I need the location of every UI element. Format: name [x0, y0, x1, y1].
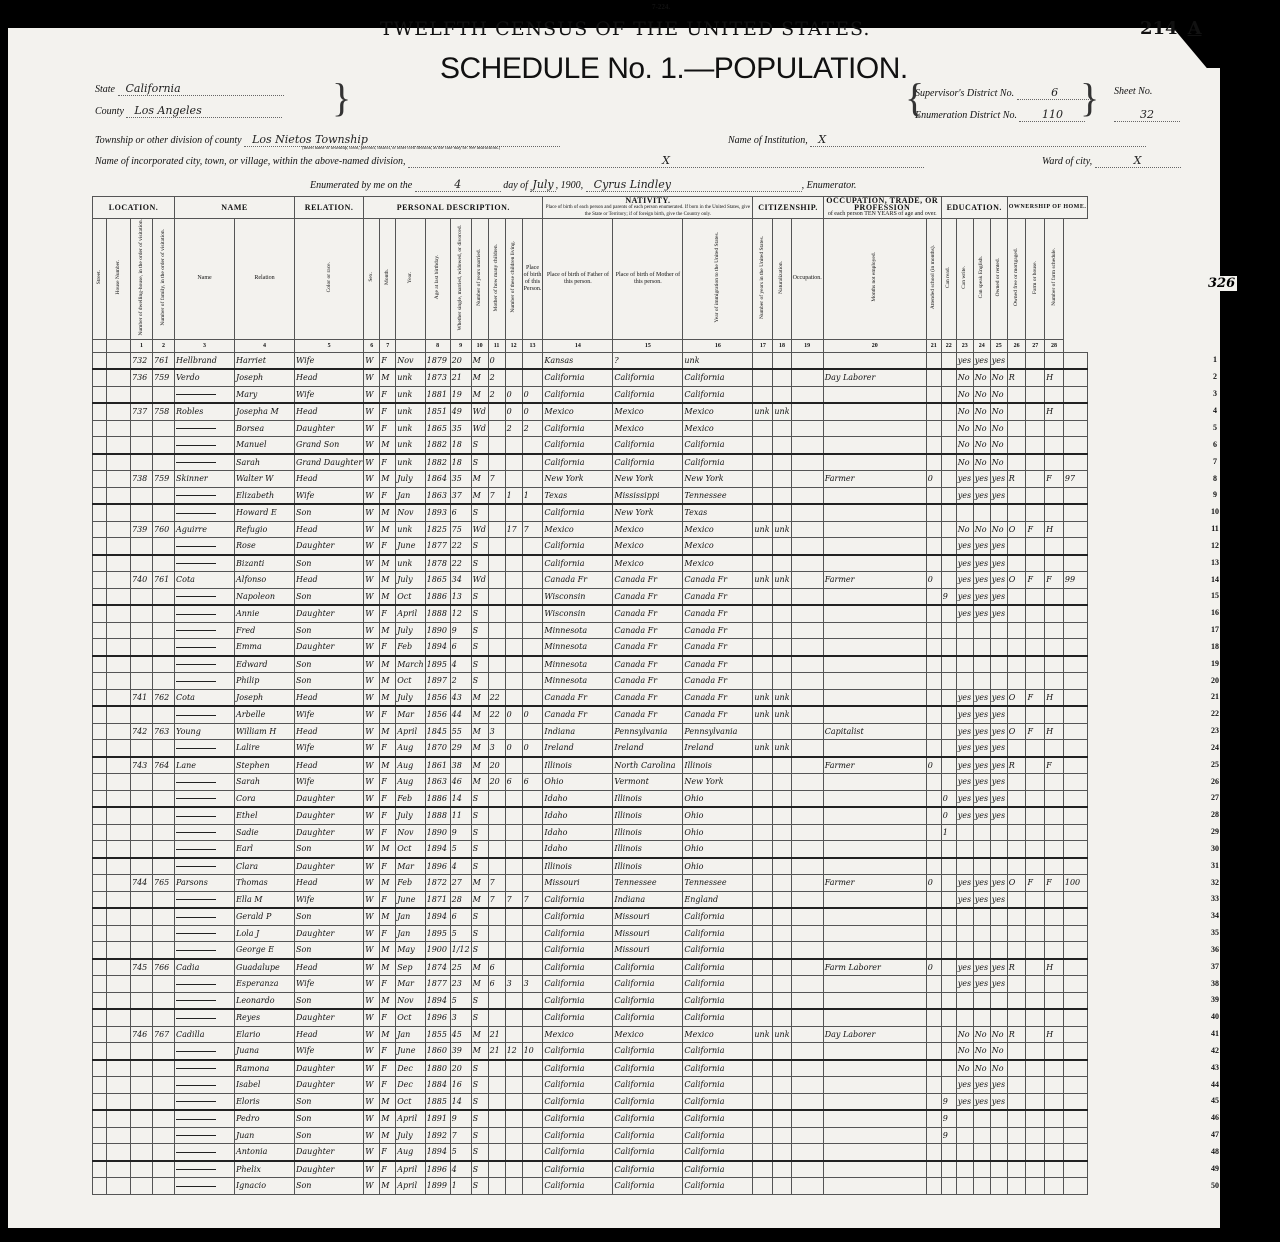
- cell-age: 4: [450, 858, 471, 875]
- cell-dw: [131, 1161, 153, 1178]
- cell-month: Aug: [396, 774, 425, 791]
- cell-fs: [1063, 352, 1087, 369]
- enumerated-year: , 1900,: [556, 180, 584, 191]
- cell-read: yes: [956, 959, 973, 976]
- cell-farm: [1045, 352, 1064, 369]
- cell-cl: [522, 757, 543, 774]
- cell-given: Bizanti: [235, 555, 295, 572]
- table-row: IsabelDaughterWFDec188416SCaliforniaCali…: [93, 1077, 1088, 1094]
- cell-race: W: [364, 689, 380, 706]
- cell-fs: [1063, 656, 1087, 673]
- cell-sex: M: [380, 521, 396, 538]
- cell-dw: 732: [131, 352, 153, 369]
- cell-empty: [107, 521, 131, 538]
- line-number: 9: [1208, 490, 1222, 499]
- cell-own: [1007, 622, 1026, 639]
- cell-given: Juan: [235, 1127, 295, 1144]
- cell-ms: Wd: [471, 420, 488, 437]
- cell-own: O: [1007, 875, 1026, 892]
- cell-given: Thomas: [235, 875, 295, 892]
- cell-cl: [522, 538, 543, 555]
- cell-cl: [522, 908, 543, 925]
- cell-free: [1026, 555, 1045, 572]
- line-number: 46: [1208, 1113, 1222, 1122]
- cell-write: [973, 639, 990, 656]
- cell-pob: California: [543, 1077, 613, 1094]
- cell-fs: [1063, 858, 1087, 875]
- cell-age: 5: [450, 992, 471, 1009]
- township-note: [Insert name of township, town, precinct…: [302, 145, 500, 150]
- cell-age: 18: [450, 437, 471, 454]
- cell-sch: [941, 487, 956, 504]
- cell-free: [1026, 656, 1045, 673]
- cell-given: Elario: [235, 1026, 295, 1043]
- cell-own: [1007, 605, 1026, 622]
- cell-read: [956, 639, 973, 656]
- cell-free: F: [1026, 689, 1045, 706]
- cell-rel: Wife: [295, 740, 364, 757]
- cell-nat: [791, 605, 823, 622]
- cell-fam: [153, 487, 175, 504]
- cell-fpob: Illinois: [613, 807, 683, 824]
- cell-fpob: California: [613, 1093, 683, 1110]
- cell-own: [1007, 420, 1026, 437]
- cell-nat: [791, 1144, 823, 1161]
- cell-month: Mar: [396, 706, 425, 723]
- cell-pob: Minnesota: [543, 673, 613, 690]
- cell-cl: [522, 1077, 543, 1094]
- cell-cl: [522, 942, 543, 959]
- cell-ym: [488, 622, 505, 639]
- cell-surname: Cadilla: [175, 1026, 235, 1043]
- cell-year: 1895: [425, 925, 450, 942]
- cell-rel: Head: [295, 689, 364, 706]
- cell-ms: S: [471, 1110, 488, 1127]
- cell-mc: 0: [505, 706, 522, 723]
- cell-occ: [823, 673, 926, 690]
- cell-fs: [1063, 420, 1087, 437]
- cell-free: [1026, 1161, 1045, 1178]
- cell-mne: 0: [926, 959, 941, 976]
- cell-free: [1026, 824, 1045, 841]
- cell-occ: [823, 1110, 926, 1127]
- cell-age: 20: [450, 1060, 471, 1077]
- column-number: 28: [1045, 339, 1064, 352]
- cell-ym: [488, 1077, 505, 1094]
- table-row: PedroSonWMApril18919SCaliforniaCaliforni…: [93, 1110, 1088, 1127]
- cell-empty: [93, 403, 107, 420]
- cell-month: April: [396, 723, 425, 740]
- column-label: Mother of how many children.: [493, 244, 500, 311]
- cell-free: [1026, 1043, 1045, 1060]
- cell-given: Isabel: [235, 1077, 295, 1094]
- column-header: House Number.: [107, 219, 131, 340]
- cell-race: W: [364, 757, 380, 774]
- cell-free: [1026, 1026, 1045, 1043]
- cell-read: [956, 908, 973, 925]
- cell-surname-ditto: [175, 992, 235, 1009]
- cell-month: July: [396, 689, 425, 706]
- cell-sch: [941, 992, 956, 1009]
- cell-cl: [522, 841, 543, 858]
- column-number: 8: [425, 339, 450, 352]
- cell-dw: [131, 925, 153, 942]
- cell-ms: S: [471, 925, 488, 942]
- cell-fam: [153, 588, 175, 605]
- cell-ym: [488, 437, 505, 454]
- cell-mpob: California: [683, 976, 753, 993]
- cell-yus: unk: [773, 572, 791, 589]
- cell-surname-ditto: [175, 555, 235, 572]
- cell-month: Feb: [396, 790, 425, 807]
- cell-free: [1026, 420, 1045, 437]
- cell-fam: 762: [153, 689, 175, 706]
- cell-sch: [941, 757, 956, 774]
- cell-fam: [153, 1043, 175, 1060]
- cell-mne: [926, 841, 941, 858]
- cell-mpob: Pennsylvania: [683, 723, 753, 740]
- table-row: IgnacioSonWMApril18991SCaliforniaCalifor…: [93, 1178, 1088, 1195]
- cell-given: George E: [235, 942, 295, 959]
- line-number: 10: [1208, 507, 1222, 516]
- cell-sch: [941, 942, 956, 959]
- cell-sch: [941, 1009, 956, 1026]
- cell-write: yes: [973, 790, 990, 807]
- cell-yus: [773, 723, 791, 740]
- cell-mne: 0: [926, 875, 941, 892]
- column-header: Month.: [380, 219, 396, 340]
- table-row: ElorisSonWMOct188514SCaliforniaCaliforni…: [93, 1093, 1088, 1110]
- cell-mc: [505, 1127, 522, 1144]
- cell-nat: [791, 774, 823, 791]
- line-number: 15: [1208, 591, 1222, 600]
- cell-eng: yes: [990, 976, 1007, 993]
- cell-mne: [926, 774, 941, 791]
- column-number: 24: [973, 339, 990, 352]
- cell-sch: [941, 555, 956, 572]
- table-row: 736759VerdoJosephHeadWMunk187321M2Califo…: [93, 369, 1088, 386]
- city-field: Name of incorporated city, town, or vill…: [95, 154, 924, 168]
- cell-age: 16: [450, 1077, 471, 1094]
- cell-dw: [131, 622, 153, 639]
- cell-pob: California: [543, 891, 613, 908]
- cell-rel: Head: [295, 757, 364, 774]
- column-header: Whether single, married, widowed, or div…: [450, 219, 471, 340]
- cell-farm: [1045, 504, 1064, 521]
- cell-empty: [107, 891, 131, 908]
- cell-year: 1865: [425, 420, 450, 437]
- cell-month: unk: [396, 454, 425, 471]
- cell-write: yes: [973, 976, 990, 993]
- cell-age: 7: [450, 1127, 471, 1144]
- cell-given: Esperanza: [235, 976, 295, 993]
- cell-ym: [488, 605, 505, 622]
- cell-own: [1007, 774, 1026, 791]
- cell-nat: [791, 504, 823, 521]
- cell-yus: unk: [773, 706, 791, 723]
- cell-cl: [522, 471, 543, 488]
- cell-imm: [753, 908, 773, 925]
- cell-occ: [823, 487, 926, 504]
- cell-fs: [1063, 790, 1087, 807]
- cell-empty: [93, 908, 107, 925]
- line-number: 17: [1208, 625, 1222, 634]
- cell-age: 21: [450, 369, 471, 386]
- cell-mc: [505, 555, 522, 572]
- cell-free: [1026, 471, 1045, 488]
- cell-mpob: New York: [683, 774, 753, 791]
- cell-given: Edward: [235, 656, 295, 673]
- page-number: 214A: [1140, 18, 1202, 39]
- cell-imm: [753, 774, 773, 791]
- cell-imm: [753, 807, 773, 824]
- cell-eng: No: [990, 437, 1007, 454]
- column-header: Name: [175, 219, 235, 340]
- cell-imm: [753, 1009, 773, 1026]
- cell-imm: unk: [753, 706, 773, 723]
- cell-race: W: [364, 538, 380, 555]
- cell-fpob: Pennsylvania: [613, 723, 683, 740]
- cell-cl: [522, 555, 543, 572]
- cell-mc: [505, 959, 522, 976]
- cell-fs: [1063, 992, 1087, 1009]
- cell-race: W: [364, 1127, 380, 1144]
- cell-pob: California: [543, 1060, 613, 1077]
- sheet-value: 32: [1114, 108, 1180, 122]
- cell-occ: [823, 403, 926, 420]
- cell-imm: [753, 925, 773, 942]
- cell-surname-ditto: [175, 790, 235, 807]
- cell-empty: [93, 656, 107, 673]
- cell-mpob: California: [683, 908, 753, 925]
- cell-empty: [93, 386, 107, 403]
- cell-fam: [153, 1093, 175, 1110]
- cell-mne: [926, 689, 941, 706]
- cell-sch: [941, 976, 956, 993]
- table-row: MaryWifeWFunk188119M200CaliforniaCalifor…: [93, 386, 1088, 403]
- cell-write: yes: [973, 352, 990, 369]
- cell-rel: Head: [295, 521, 364, 538]
- cell-age: 1/12: [450, 942, 471, 959]
- cell-eng: yes: [990, 891, 1007, 908]
- cell-mne: [926, 992, 941, 1009]
- group-name: NAME: [175, 197, 295, 219]
- cell-pob: California: [543, 538, 613, 555]
- group-education: EDUCATION.: [941, 197, 1007, 219]
- cell-ym: [488, 656, 505, 673]
- nativity-title: NATIVITY.: [544, 197, 751, 204]
- cell-dw: 740: [131, 572, 153, 589]
- cell-sch: [941, 689, 956, 706]
- line-number: 1: [1208, 355, 1222, 364]
- cell-write: yes: [973, 740, 990, 757]
- line-number: 14: [1208, 575, 1222, 584]
- cell-read: No: [956, 454, 973, 471]
- cell-eng: No: [990, 386, 1007, 403]
- cell-read: [956, 656, 973, 673]
- cell-nat: [791, 1161, 823, 1178]
- cell-imm: [753, 1161, 773, 1178]
- cell-ym: 7: [488, 875, 505, 892]
- cell-fam: [153, 1110, 175, 1127]
- cell-fs: [1063, 454, 1087, 471]
- cell-fam: 763: [153, 723, 175, 740]
- column-label: Sex.: [368, 272, 375, 282]
- column-header: Number of these children living.: [505, 219, 522, 340]
- cell-empty: [107, 689, 131, 706]
- column-label: Street.: [96, 270, 103, 284]
- column-number: 5: [295, 339, 364, 352]
- cell-surname-ditto: [175, 740, 235, 757]
- cell-eng: [990, 1009, 1007, 1026]
- cell-write: yes: [973, 757, 990, 774]
- cell-yus: [773, 1161, 791, 1178]
- enumeration-field: Enumeration District No. 110: [915, 108, 1085, 122]
- cell-surname-ditto: [175, 891, 235, 908]
- cell-imm: [753, 790, 773, 807]
- cell-ms: S: [471, 824, 488, 841]
- cell-sch: 1: [941, 824, 956, 841]
- cell-rel: Son: [295, 673, 364, 690]
- column-header: Color or race.: [295, 219, 364, 340]
- cell-fs: [1063, 555, 1087, 572]
- cell-empty: [107, 841, 131, 858]
- cell-mne: [926, 369, 941, 386]
- cell-free: [1026, 740, 1045, 757]
- cell-year: 1893: [425, 504, 450, 521]
- column-label: Farm or house.: [1032, 261, 1039, 294]
- cell-ms: S: [471, 504, 488, 521]
- cell-mpob: Canada Fr: [683, 572, 753, 589]
- cell-ms: M: [471, 891, 488, 908]
- table-row: LeonardoSonWMNov18945SCaliforniaCaliforn…: [93, 992, 1088, 1009]
- cell-nat: [791, 807, 823, 824]
- cell-cl: [522, 1127, 543, 1144]
- cell-sex: M: [380, 942, 396, 959]
- cell-cl: [522, 959, 543, 976]
- county-field: County Los Angeles: [95, 104, 282, 118]
- column-label: Name: [197, 275, 211, 281]
- cell-mpob: Tennessee: [683, 487, 753, 504]
- cell-mc: 1: [505, 487, 522, 504]
- cell-farm: [1045, 925, 1064, 942]
- cell-year: 1879: [425, 352, 450, 369]
- cell-pob: New York: [543, 471, 613, 488]
- cell-imm: [753, 959, 773, 976]
- cell-farm: F: [1045, 572, 1064, 589]
- cell-yus: [773, 605, 791, 622]
- cell-eng: No: [990, 521, 1007, 538]
- cell-fs: [1063, 824, 1087, 841]
- cell-fam: [153, 908, 175, 925]
- column-label: House Number.: [115, 260, 122, 295]
- cell-month: unk: [396, 555, 425, 572]
- cell-fam: [153, 1144, 175, 1161]
- cell-mc: [505, 471, 522, 488]
- cell-cl: [522, 1093, 543, 1110]
- cell-age: 43: [450, 689, 471, 706]
- cell-sch: 9: [941, 1110, 956, 1127]
- cell-age: 55: [450, 723, 471, 740]
- cell-own: [1007, 1178, 1026, 1195]
- cell-yus: [773, 588, 791, 605]
- cell-mpob: California: [683, 942, 753, 959]
- cell-nat: [791, 487, 823, 504]
- cell-empty: [107, 1144, 131, 1161]
- cell-empty: [107, 807, 131, 824]
- cell-empty: [93, 774, 107, 791]
- cell-read: yes: [956, 1077, 973, 1094]
- cell-month: Mar: [396, 858, 425, 875]
- cell-own: O: [1007, 572, 1026, 589]
- cell-mne: [926, 454, 941, 471]
- cell-cl: 0: [522, 706, 543, 723]
- cell-fpob: California: [613, 1077, 683, 1094]
- cell-eng: yes: [990, 959, 1007, 976]
- cell-mpob: California: [683, 1127, 753, 1144]
- cell-empty: [107, 1026, 131, 1043]
- cell-fam: [153, 454, 175, 471]
- cell-fs: [1063, 723, 1087, 740]
- cell-empty: [107, 1093, 131, 1110]
- cell-fpob: Vermont: [613, 774, 683, 791]
- cell-ym: 20: [488, 774, 505, 791]
- cell-dw: [131, 858, 153, 875]
- cell-fs: [1063, 538, 1087, 555]
- column-header: Age at last birthday.: [425, 219, 450, 340]
- column-label: Month.: [384, 269, 391, 285]
- cell-cl: [522, 673, 543, 690]
- cell-ms: M: [471, 875, 488, 892]
- cell-empty: [93, 521, 107, 538]
- cell-fpob: California: [613, 1144, 683, 1161]
- cell-eng: [990, 942, 1007, 959]
- cell-ms: S: [471, 673, 488, 690]
- cell-sch: [941, 471, 956, 488]
- cell-dw: [131, 992, 153, 1009]
- cell-sex: M: [380, 673, 396, 690]
- cell-own: [1007, 588, 1026, 605]
- cell-occ: [823, 1127, 926, 1144]
- cell-write: [973, 1178, 990, 1195]
- cell-read: No: [956, 403, 973, 420]
- column-number: 15: [613, 339, 683, 352]
- cell-surname-ditto: [175, 976, 235, 993]
- cell-dw: [131, 807, 153, 824]
- cell-fam: [153, 992, 175, 1009]
- column-header: Owned free or mortgaged.: [1007, 219, 1026, 340]
- cell-dw: [131, 706, 153, 723]
- line-number: 40: [1208, 1012, 1222, 1021]
- cell-dw: 737: [131, 403, 153, 420]
- table-row: AntoniaDaughterWFAug18945SCaliforniaCali…: [93, 1144, 1088, 1161]
- cell-race: W: [364, 487, 380, 504]
- cell-fam: [153, 1009, 175, 1026]
- cell-empty: [93, 605, 107, 622]
- line-number: 11: [1208, 524, 1222, 533]
- cell-mc: [505, 992, 522, 1009]
- cell-pob: California: [543, 1144, 613, 1161]
- cell-ms: Wd: [471, 572, 488, 589]
- cell-fpob: Mississippi: [613, 487, 683, 504]
- cell-farm: [1045, 538, 1064, 555]
- cell-fpob: Mexico: [613, 1026, 683, 1043]
- cell-occ: Farmer: [823, 572, 926, 589]
- cell-empty: [93, 807, 107, 824]
- cell-mne: [926, 824, 941, 841]
- cell-pob: California: [543, 437, 613, 454]
- cell-surname-ditto: [175, 1060, 235, 1077]
